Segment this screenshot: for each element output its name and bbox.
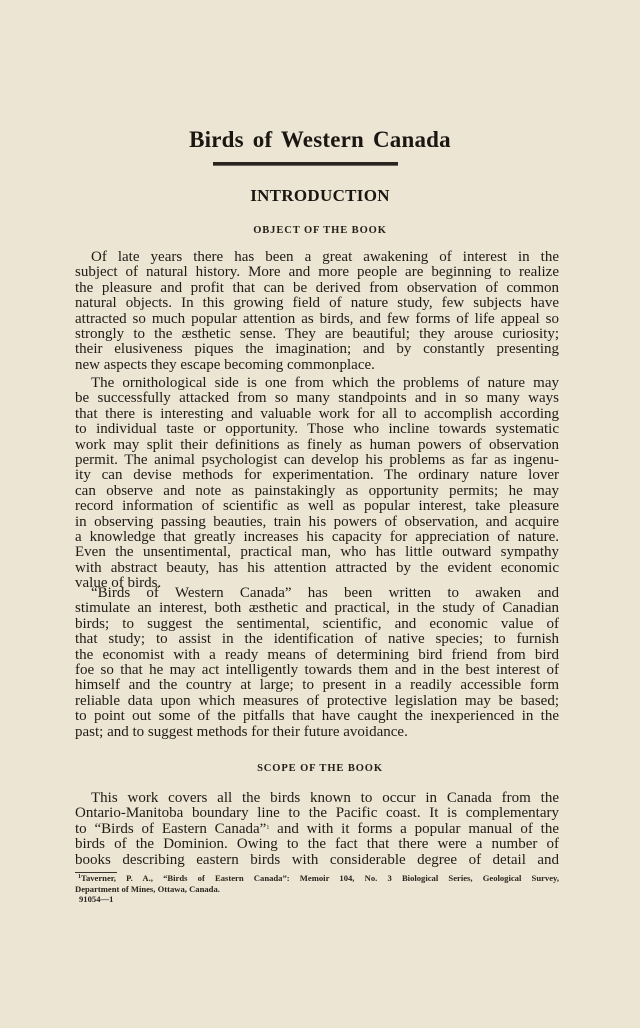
text-line: their elusiveness piques the imagination… xyxy=(75,342,559,357)
text-line: with abstract beauty, has his attention … xyxy=(75,561,559,576)
chapter-heading: INTRODUCTION xyxy=(0,186,640,206)
text-line: that study; to assist in the identificat… xyxy=(75,632,559,647)
footnote: 1Taverner, P. A., “Birds of Eastern Cana… xyxy=(75,873,559,894)
text-line: “Birds of Western Canada” has been writt… xyxy=(75,586,559,601)
text-line: subject of natural history. More and mor… xyxy=(75,265,559,280)
paragraph-scope-1: This work covers all the birds known to … xyxy=(75,791,559,868)
text-line: the economist with a ready means of dete… xyxy=(75,648,559,663)
paragraph-object-1: Of late years there has been a great awa… xyxy=(75,250,559,373)
footnote-number: 1 xyxy=(78,874,81,880)
text-line: work may split their definitions as fine… xyxy=(75,438,559,453)
text-line: new aspects they escape becoming commonp… xyxy=(75,358,559,373)
text-line: stimulate an interest, both æsthetic and… xyxy=(75,601,559,616)
footnote-marker[interactable]: 1 xyxy=(266,825,269,831)
text-line: This work covers all the birds known to … xyxy=(75,791,559,806)
text-line: past; and to suggest methods for their f… xyxy=(75,725,559,740)
text-line-with-footnote: to “Birds of Eastern Canada”1 and with i… xyxy=(75,822,559,837)
text-line: birds of the Dominion. Owing to the fact… xyxy=(75,837,559,852)
text-line: natural objects. In this growing field o… xyxy=(75,296,559,311)
text-line: Even the unsentimental, practical man, w… xyxy=(75,545,559,560)
text-line: to individual taste or opportunity. Thos… xyxy=(75,422,559,437)
text-line: strongly to the æsthetic sense. They are… xyxy=(75,327,559,342)
paragraph-object-2: The ornithological side is one from whic… xyxy=(75,376,559,591)
text-line: can observe and note as painstakingly as… xyxy=(75,484,559,499)
signature-mark: 91054—1 xyxy=(79,894,113,904)
text-line: that there is interesting and valuable w… xyxy=(75,407,559,422)
text-line: foe so that he may act intelligently tow… xyxy=(75,663,559,678)
title-rule-divider xyxy=(213,162,398,166)
text-line: a knowledge that greatly increases his c… xyxy=(75,530,559,545)
text-line: Ontario-Manitoba boundary line to the Pa… xyxy=(75,806,559,821)
footnote-line: Department of Mines, Ottawa, Canada. xyxy=(75,884,559,895)
document-page: Birds of Western Canada INTRODUCTION OBJ… xyxy=(0,0,640,1028)
text-line: be successfully attacked from so many st… xyxy=(75,391,559,406)
text-line: Of late years there has been a great awa… xyxy=(75,250,559,265)
text-line: ity can devise methods for experimentati… xyxy=(75,468,559,483)
footnote-line: 1Taverner, P. A., “Birds of Eastern Cana… xyxy=(75,873,559,884)
text-line: to point out some of the pitfalls that h… xyxy=(75,709,559,724)
text-line: in observing passing beauties, train his… xyxy=(75,515,559,530)
footnote-reference-text: to “Birds of Eastern Canada” xyxy=(75,821,266,837)
text-line: books describing eastern birds with cons… xyxy=(75,853,559,868)
text-line: the pleasure and profit that can be deri… xyxy=(75,281,559,296)
section-heading-object: OBJECT OF THE BOOK xyxy=(0,225,640,236)
paragraph-object-3: “Birds of Western Canada” has been writt… xyxy=(75,586,559,740)
text-line: permit. The animal psychologist can deve… xyxy=(75,453,559,468)
text-line: himself and the country at large; to pre… xyxy=(75,678,559,693)
text-line: attracted so much popular attention as b… xyxy=(75,312,559,327)
page-title: Birds of Western Canada xyxy=(0,127,640,153)
text-line: record information of scientific as well… xyxy=(75,499,559,514)
section-heading-scope: SCOPE OF THE BOOK xyxy=(0,763,640,774)
text-fragment: and with it forms a popular manual of th… xyxy=(277,821,559,837)
text-line: reliable data upon which measures of pro… xyxy=(75,694,559,709)
text-line: birds; to suggest the sentimental, scien… xyxy=(75,617,559,632)
text-line: The ornithological side is one from whic… xyxy=(75,376,559,391)
